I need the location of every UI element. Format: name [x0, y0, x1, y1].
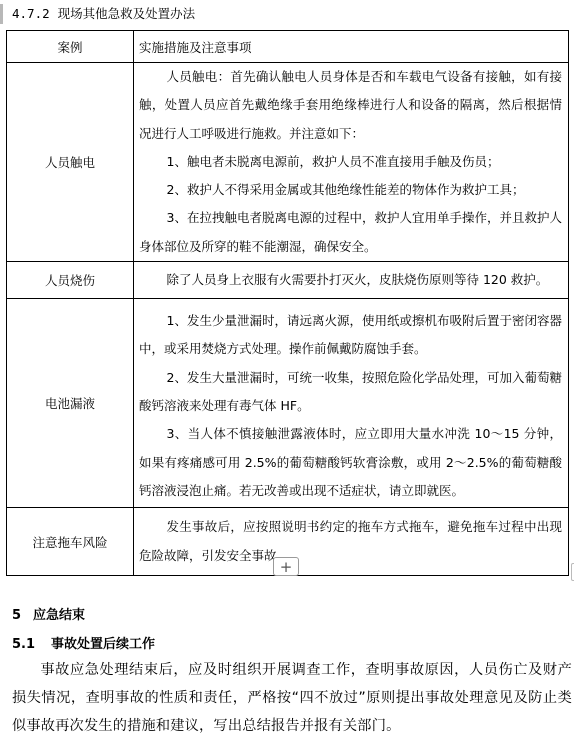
section-heading-5: 5应急结束: [12, 604, 85, 623]
table-header-row: 案例 实施措施及注意事项: [7, 31, 569, 63]
measure-paragraph: 人员触电：首先确认触电人员身体是否和车载电气设备有接触，如有接触，处置人员应首先…: [139, 63, 562, 148]
case-towing-risk: 注意拖车风险: [7, 508, 134, 576]
margin-marker: [0, 4, 3, 24]
measure-paragraph: 1、触电者未脱离电源前，救护人员不准直接用手触及伤员；: [139, 148, 562, 176]
measure-paragraph: 1、发生少量泄漏时，请远离火源，使用纸或擦机布吸附后置于密闭容器中，或采用焚烧方…: [139, 307, 562, 364]
subsection-number: 4.7.2: [12, 6, 50, 21]
plus-icon: +: [280, 558, 293, 576]
header-measures: 实施措施及注意事项: [134, 31, 569, 63]
measure-paragraph: 3、在拉拽触电者脱离电源的过程中，救护人宜用单手操作，并且救护人身体部位及所穿的…: [139, 204, 562, 261]
section-title: 事故处置后续工作: [51, 637, 155, 652]
header-measures-label: 实施措施及注意事项: [139, 40, 252, 55]
case-electric-shock: 人员触电: [7, 63, 134, 262]
section-number: 5.1: [12, 637, 35, 652]
measures-towing-risk: 发生事故后，应按照说明书约定的拖车方式拖车，避免拖车过程中出现危险故障，引发安全…: [134, 508, 569, 576]
subsection-title: 现场其他急救及处置办法: [58, 6, 196, 21]
table-row: 电池漏液 1、发生少量泄漏时，请远离火源，使用纸或擦机布吸附后置于密闭容器中，或…: [7, 299, 569, 508]
measure-paragraph: 除了人员身上衣服有火需要扑打灭火，皮肤烧伤原则等待 120 救护。: [139, 266, 562, 294]
first-aid-measures-table: 案例 实施措施及注意事项 人员触电 人员触电：首先确认触电人员身体是否和车载电气…: [6, 30, 569, 576]
section-heading-5-1: 5.1事故处置后续工作: [12, 633, 155, 652]
table-row: 人员烧伤 除了人员身上衣服有火需要扑打灭火，皮肤烧伤原则等待 120 救护。: [7, 262, 569, 299]
measure-paragraph: 2、救护人不得采用金属或其他绝缘性能差的物体作为救护工具；: [139, 176, 562, 204]
measures-battery-leak: 1、发生少量泄漏时，请远离火源，使用纸或擦机布吸附后置于密闭容器中，或采用焚烧方…: [134, 299, 569, 508]
measure-paragraph: 发生事故后，应按照说明书约定的拖车方式拖车，避免拖车过程中出现危险故障，引发安全…: [139, 513, 562, 570]
body-paragraph: 事故应急处理结束后，应及时组织开展调查工作，查明事故原因，人员伤亡及财产损失情况…: [12, 656, 572, 741]
measures-electric-shock: 人员触电：首先确认触电人员身体是否和车载电气设备有接触，如有接触，处置人员应首先…: [134, 63, 569, 262]
section-number: 5: [12, 608, 21, 623]
subsection-heading: 4.7.2现场其他急救及处置办法: [12, 5, 195, 23]
header-case: 案例: [7, 31, 134, 63]
table-row: 人员触电 人员触电：首先确认触电人员身体是否和车载电气设备有接触，如有接触，处置…: [7, 63, 569, 262]
case-battery-leak: 电池漏液: [7, 299, 134, 508]
section-title: 应急结束: [33, 608, 85, 623]
measure-paragraph: 2、发生大量泄漏时，可统一收集，按照危险化学品处理，可加入葡萄糖酸钙溶液来处理有…: [139, 364, 562, 421]
measure-paragraph: 3、当人体不慎接触泄露液体时，应立即用大量水冲洗 10～15 分钟，如果有疼痛感…: [139, 420, 562, 505]
case-burn: 人员烧伤: [7, 262, 134, 299]
measures-burn: 除了人员身上衣服有火需要扑打灭火，皮肤烧伤原则等待 120 救护。: [134, 262, 569, 299]
expand-button[interactable]: +: [273, 557, 299, 576]
